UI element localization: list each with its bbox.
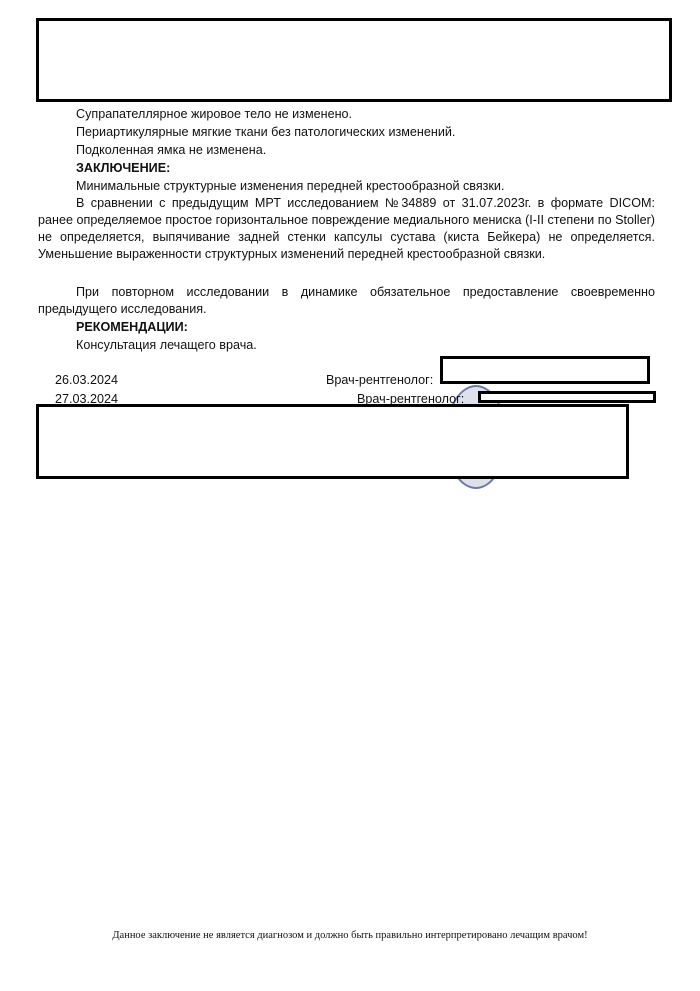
finding-line: Периартикулярные мягкие ткани без патоло… [76, 124, 455, 141]
redacted-signature-name [440, 356, 650, 384]
recommendations-heading: РЕКОМЕНДАЦИИ: [76, 319, 188, 336]
redacted-header-block [36, 18, 672, 102]
finding-line: Подколенная ямка не изменена. [76, 142, 266, 159]
comparison-paragraph: В сравнении с предыдущим МРТ исследовани… [38, 195, 655, 263]
redacted-footer-block [36, 404, 629, 479]
recommendation-line: Консультация лечащего врача. [76, 337, 257, 354]
signature-date: 26.03.2024 [55, 372, 118, 389]
disclaimer-footer: Данное заключение не является диагнозом … [0, 930, 700, 941]
signature-role: Врач-рентгенолог: [326, 372, 433, 389]
redacted-signature-name [478, 391, 656, 403]
finding-line: Супрапателлярное жировое тело не изменен… [76, 106, 352, 123]
conclusion-line: Минимальные структурные изменения передн… [76, 178, 504, 195]
conclusion-heading: ЗАКЛЮЧЕНИЕ: [76, 160, 170, 177]
followup-paragraph: При повторном исследовании в динамике об… [38, 284, 655, 318]
